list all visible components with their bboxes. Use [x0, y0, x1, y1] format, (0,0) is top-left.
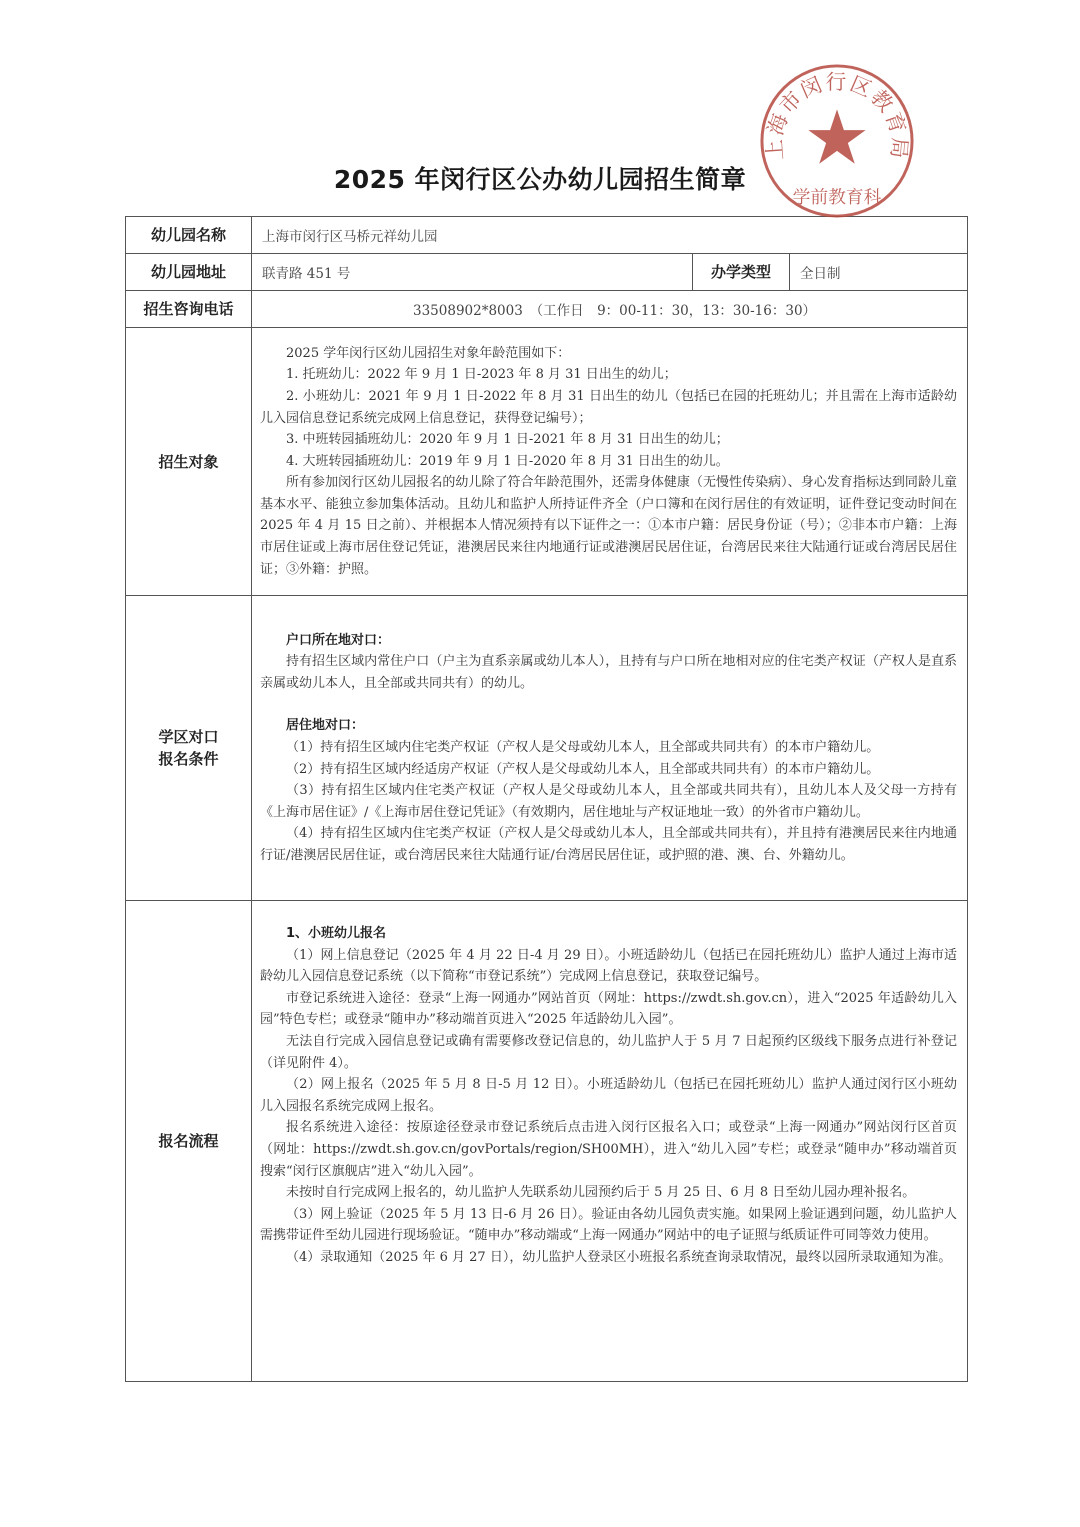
district-label-line1: 学区对口 [126, 726, 251, 748]
district-content: 户口所在地对口： 持有招生区域内常住户口（户主为直系亲属或幼儿本人），且持有与户… [252, 596, 968, 901]
document-title: 2025 年闵行区公办幼儿园招生简章 [0, 160, 1080, 196]
hukou-text: 持有招生区域内常住户口（户主为直系亲属或幼儿本人），且持有与户口所在地相对应的住… [260, 651, 957, 694]
row-district: 学区对口 报名条件 户口所在地对口： 持有招生区域内常住户口（户主为直系亲属或幼… [126, 596, 968, 901]
kindergarten-address-value: 联青路 451 号 [252, 254, 693, 291]
row-kindergarten-name: 幼儿园名称 上海市闵行区马桥元祥幼儿园 [126, 217, 968, 254]
star-icon [808, 109, 865, 163]
targets-paragraph: 4. 大班转园插班幼儿：2019 年 9 月 1 日-2020 年 8 月 31… [260, 451, 957, 473]
district-label-line2: 报名条件 [126, 748, 251, 770]
targets-content: 2025 学年闵行区幼儿园招生对象年龄范围如下： 1. 托班幼儿：2022 年 … [252, 328, 968, 596]
process-label: 报名流程 [126, 901, 252, 1382]
kindergarten-address-label: 幼儿园地址 [126, 254, 252, 291]
kindergarten-name-label: 幼儿园名称 [126, 217, 252, 254]
kindergarten-name-value: 上海市闵行区马桥元祥幼儿园 [252, 217, 968, 254]
svg-text:上海市闵行区教育局: 上海市闵行区教育局 [762, 70, 912, 161]
targets-label: 招生对象 [126, 328, 252, 596]
row-phone: 招生咨询电话 33508902*8003 （工作日 9：00-11：30，13：… [126, 291, 968, 328]
process-heading: 1、小班幼儿报名 [260, 923, 957, 945]
residence-item: （1）持有招生区域内住宅类产权证（产权人是父母或幼儿本人，且全部或共同共有）的本… [260, 737, 957, 759]
process-paragraph: 市登记系统进入途径：登录“上海一网通办”网站首页（网址：https://zwdt… [260, 988, 957, 1031]
targets-paragraph: 1. 托班幼儿：2022 年 9 月 1 日-2023 年 8 月 31 日出生… [260, 364, 957, 386]
residence-heading: 居住地对口： [260, 715, 957, 737]
targets-paragraph: 所有参加闵行区幼儿园报名的幼儿除了符合年龄范围外，还需身体健康（无慢性传染病）、… [260, 472, 957, 580]
school-type-label: 办学类型 [693, 254, 790, 291]
phone-value: 33508902*8003 （工作日 9：00-11：30，13：30-16：3… [252, 291, 968, 328]
process-paragraph: 报名系统进入途径：按原途径登录市登记系统后点击进入闵行区报名入口；或登录“上海一… [260, 1117, 957, 1182]
targets-paragraph: 2025 学年闵行区幼儿园招生对象年龄范围如下： [260, 343, 957, 365]
stamp-org-text: 上海市闵行区教育局 [762, 70, 912, 161]
process-paragraph: （2）网上报名（2025 年 5 月 8 日-5 月 12 日）。小班适龄幼儿（… [260, 1074, 957, 1117]
residence-item: （4）持有招生区域内住宅类产权证（产权人是父母或幼儿本人，且全部或共同共有），并… [260, 823, 957, 866]
row-process: 报名流程 1、小班幼儿报名 （1）网上信息登记（2025 年 4 月 22 日-… [126, 901, 968, 1382]
targets-paragraph: 2. 小班幼儿：2021 年 9 月 1 日-2022 年 8 月 31 日出生… [260, 386, 957, 429]
residence-item: （2）持有招生区域内经适房产权证（产权人是父母或幼儿本人，且全部或共同共有）的本… [260, 759, 957, 781]
process-paragraph: （4）录取通知（2025 年 6 月 27 日），幼儿监护人登录区小班报名系统查… [260, 1247, 957, 1269]
admission-table: 幼儿园名称 上海市闵行区马桥元祥幼儿园 幼儿园地址 联青路 451 号 办学类型… [125, 216, 968, 1382]
school-type-value: 全日制 [790, 254, 968, 291]
hukou-heading: 户口所在地对口： [260, 630, 957, 652]
targets-paragraph: 3. 中班转园插班幼儿：2020 年 9 月 1 日-2021 年 8 月 31… [260, 429, 957, 451]
official-seal-stamp-icon: 上海市闵行区教育局 学前教育科 [758, 62, 916, 220]
row-kindergarten-address: 幼儿园地址 联青路 451 号 办学类型 全日制 [126, 254, 968, 291]
process-paragraph: 未按时自行完成网上报名的，幼儿监护人先联系幼儿园预约后于 5 月 25 日、6 … [260, 1182, 957, 1204]
row-targets: 招生对象 2025 学年闵行区幼儿园招生对象年龄范围如下： 1. 托班幼儿：20… [126, 328, 968, 596]
process-content: 1、小班幼儿报名 （1）网上信息登记（2025 年 4 月 22 日-4 月 2… [252, 901, 968, 1382]
process-paragraph: 无法自行完成入园信息登记或确有需要修改登记信息的，幼儿监护人于 5 月 7 日起… [260, 1031, 957, 1074]
process-paragraph: （1）网上信息登记（2025 年 4 月 22 日-4 月 29 日）。小班适龄… [260, 945, 957, 988]
phone-label: 招生咨询电话 [126, 291, 252, 328]
process-paragraph: （3）网上验证（2025 年 5 月 13 日-6 月 26 日）。验证由各幼儿… [260, 1204, 957, 1247]
district-label: 学区对口 报名条件 [126, 596, 252, 901]
residence-item: （3）持有招生区域内住宅类产权证（产权人是父母或幼儿本人，且全部或共同共有），且… [260, 780, 957, 823]
